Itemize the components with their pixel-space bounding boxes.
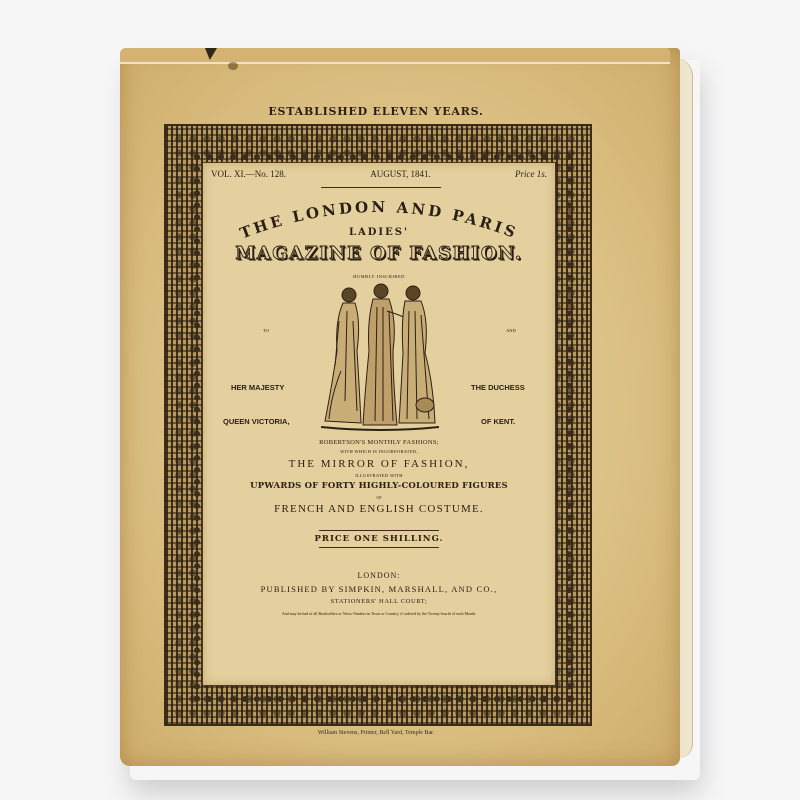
title-ladies: LADIES' xyxy=(203,227,555,238)
ink-stain xyxy=(228,62,238,70)
london-imprint: LONDON: xyxy=(203,571,555,580)
volume-number: VOL. XI.—No. 128. xyxy=(211,169,286,179)
published-by: PUBLISHED BY SIMPKIN, MARSHALL, AND CO., xyxy=(203,584,555,594)
dedication-queen-victoria: QUEEN VICTORIA, xyxy=(223,417,290,426)
price-one-shilling: PRICE ONE SHILLING. xyxy=(203,534,555,544)
of-connector: OF xyxy=(203,495,555,500)
stationers-hall-court: STATIONERS' HALL COURT; xyxy=(203,598,555,605)
french-and-english-costume: FRENCH AND ENGLISH COSTUME. xyxy=(203,503,555,515)
price-tag: Price 1s. xyxy=(515,169,547,179)
dedication-and: AND xyxy=(506,328,516,333)
dedication-the-duchess: THE DUCHESS xyxy=(471,383,525,392)
issue-info-row: VOL. XI.—No. 128. AUGUST, 1841. Price 1s… xyxy=(203,169,555,179)
mirror-of-fashion: THE MIRROR OF FASHION, xyxy=(203,458,555,470)
price-rule-top xyxy=(319,530,439,531)
illustrated-with: ILLUSTRATED WITH xyxy=(203,473,555,478)
upwards-of-forty-figures: UPWARDS OF FORTY HIGHLY-COLOURED FIGURES xyxy=(203,481,555,491)
worn-top-edge xyxy=(120,48,670,64)
dedication-her-majesty: HER MAJESTY xyxy=(231,383,284,392)
with-which-incorporated: WITH WHICH IS INCORPORATED, xyxy=(203,449,555,454)
dedication-of-kent: OF KENT. xyxy=(481,417,515,426)
established-heading: ESTABLISHED ELEVEN YEARS. xyxy=(164,105,588,118)
printer-credit: William Stevens, Printer, Bell Yard, Tem… xyxy=(164,730,588,736)
three-graces-engraving xyxy=(321,281,439,431)
cover-text-frame: VOL. XI.—No. 128. AUGUST, 1841. Price 1s… xyxy=(202,162,556,686)
robertsons-monthly-fashions: ROBERTSON'S MONTHLY FASHIONS; xyxy=(203,439,555,446)
price-rule-bottom xyxy=(319,547,439,548)
dedication-to: TO xyxy=(263,328,269,333)
humbly-inscribed: HUMBLY INSCRIBED xyxy=(203,274,555,279)
bookseller-notice: And may be had of all Booksellers or New… xyxy=(203,611,555,616)
issue-date: AUGUST, 1841. xyxy=(370,169,431,179)
title-magazine: MAGAZINE OF FASHION. xyxy=(203,243,555,264)
